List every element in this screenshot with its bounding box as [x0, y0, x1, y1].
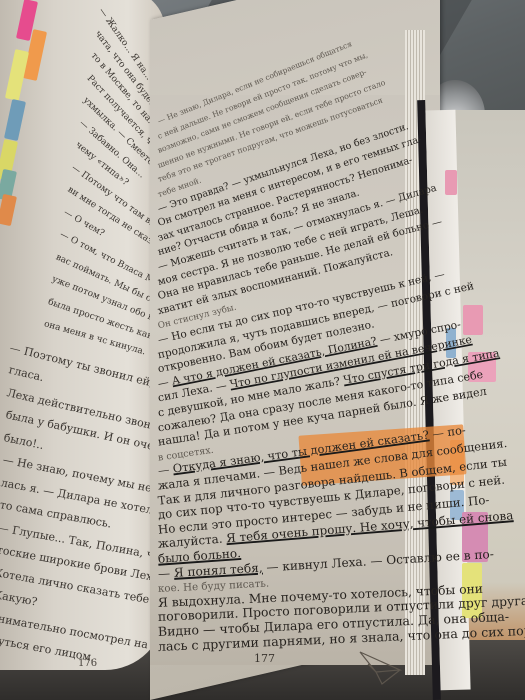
right-page-number: 177 — [254, 652, 275, 665]
left-page-number: 176 — [78, 658, 97, 669]
left-page-text: — Жалко... Я на...чата, что она будет...… — [0, 0, 165, 670]
paper-plane-icon — [358, 648, 402, 688]
right-page-text: — Не знаю, Дилара, если не собираешься о… — [158, 120, 448, 680]
left-page: — Жалко... Я на...чата, что она будет...… — [0, 0, 165, 670]
text-line: Какую? — [0, 585, 38, 611]
